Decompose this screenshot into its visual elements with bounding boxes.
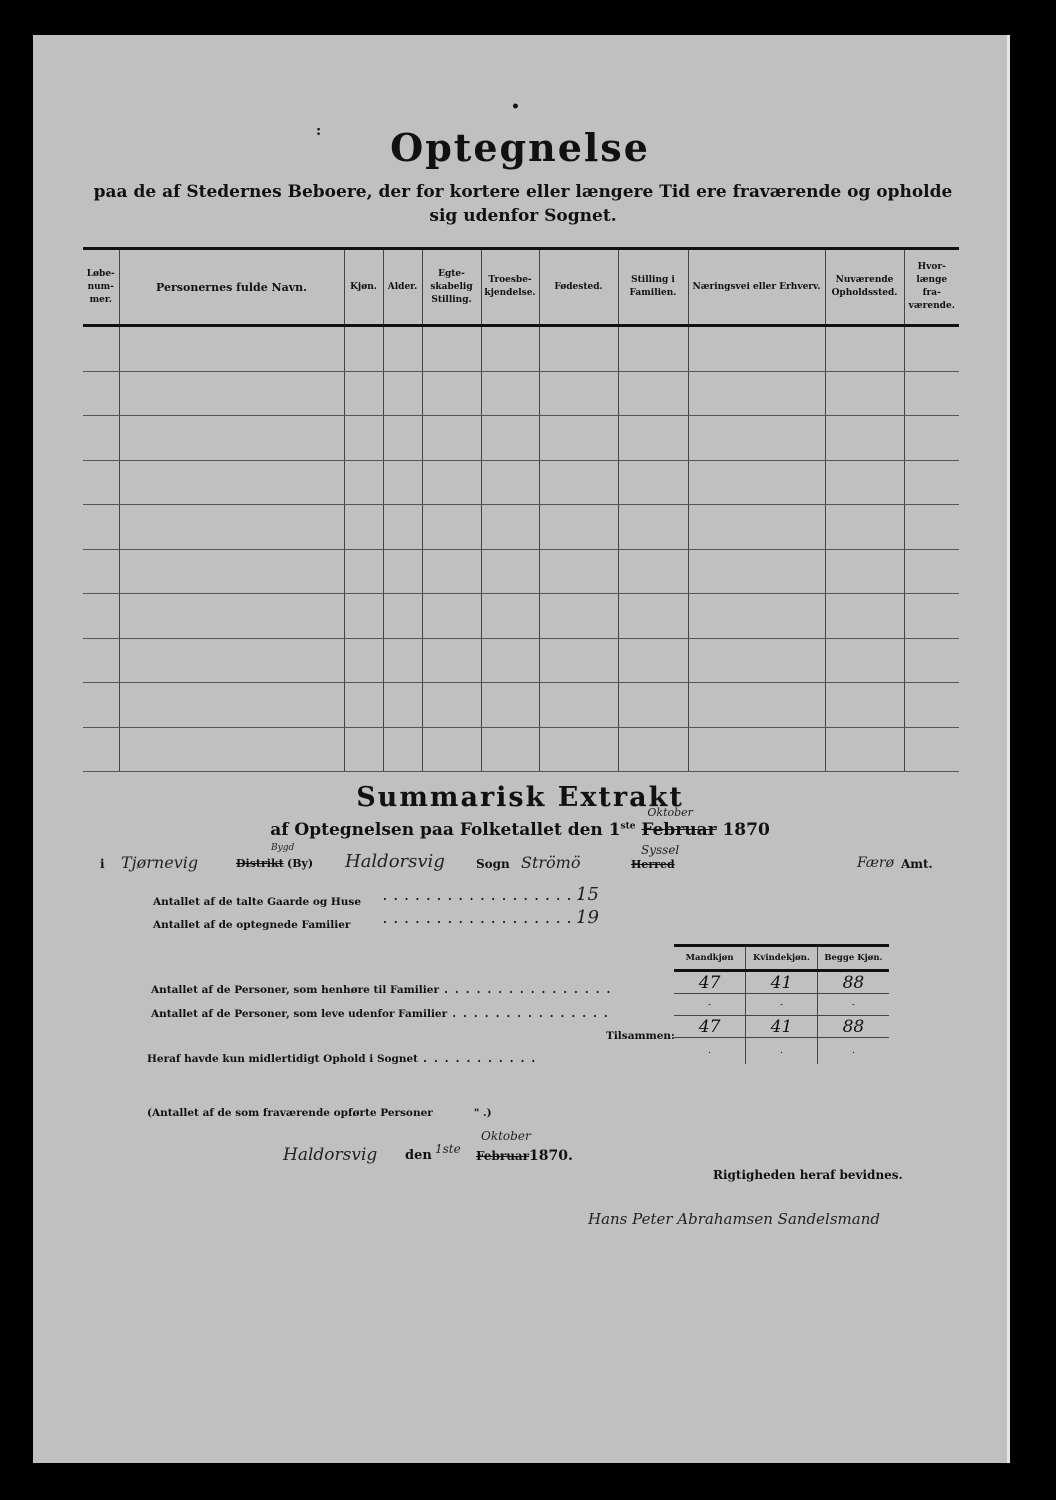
signature: Hans Peter Abrahamsen Sandelsmand (588, 1210, 880, 1228)
table-cell-stilling (618, 638, 688, 683)
table-cell-opholdssted (825, 371, 904, 416)
table-cell-troesbekjendelse (481, 505, 539, 550)
table-cell-stilling (618, 549, 688, 594)
bygd-handwritten: Bygd (271, 843, 294, 853)
row-in-families: 47 41 88 (674, 971, 889, 994)
table-cell-fodested (539, 371, 618, 416)
table-cell-opholdssted (825, 460, 904, 505)
table-cell-alder (383, 416, 422, 461)
col-header-lobenummer: Løbe-num-mer. (83, 249, 119, 326)
table-cell-alder (383, 683, 422, 728)
table-cell-fravaerende (904, 594, 959, 639)
gender-summary-table: Mandkjøn Kvindekjøn. Begge Kjøn. 47 41 8… (674, 944, 889, 1064)
table-cell-fodested (539, 549, 618, 594)
col-header-stilling: Stilling i Familien. (618, 249, 688, 326)
table-cell-opholdssted (825, 326, 904, 372)
table-cell-alder (383, 638, 422, 683)
table-cell-fravaerende (904, 326, 959, 372)
row-label-total: Tilsammen: (606, 1024, 675, 1043)
table-cell-alder (383, 460, 422, 505)
table-cell-lobenummer (83, 416, 119, 461)
table-row (83, 727, 959, 772)
houses-value: 15 (576, 884, 599, 905)
female-temporary: . (746, 1038, 818, 1065)
table-cell-opholdssted (825, 638, 904, 683)
col-header-kjon: Kjøn. (344, 249, 383, 326)
table-cell-troesbekjendelse (481, 727, 539, 772)
table-cell-stilling (618, 594, 688, 639)
absent-note-value: " .) (474, 1107, 492, 1119)
table-cell-lobenummer (83, 683, 119, 728)
table-cell-lobenummer (83, 727, 119, 772)
summary-subtitle-prefix: af Optegnelsen paa Folketallet den 1 (270, 820, 620, 840)
table-cell-navn (119, 638, 344, 683)
table-cell-fodested (539, 638, 618, 683)
male-total: 47 (674, 1016, 746, 1038)
table-row (83, 416, 959, 461)
table-row (83, 505, 959, 550)
dateline-day: 1ste (435, 1142, 461, 1156)
table-cell-stilling (618, 505, 688, 550)
table-cell-naeringsvei (688, 683, 825, 728)
dateline-month-printed: Februar (476, 1149, 529, 1163)
col-header-opholdssted: Nuværende Opholdssted. (825, 249, 904, 326)
col-header-navn: Personernes fulde Navn. (119, 249, 344, 326)
table-row (83, 326, 959, 372)
table-cell-troesbekjendelse (481, 638, 539, 683)
table-cell-naeringsvei (688, 594, 825, 639)
table-cell-lobenummer (83, 505, 119, 550)
houses-label: Antallet af de talte Gaarde og Huse (153, 896, 361, 908)
table-row (83, 638, 959, 683)
sogn-label: Sogn (476, 857, 510, 871)
table-cell-fravaerende (904, 416, 959, 461)
table-cell-alder (383, 505, 422, 550)
table-cell-navn (119, 683, 344, 728)
dateline-den: den (405, 1148, 432, 1163)
table-cell-alder (383, 594, 422, 639)
col-header-naeringsvei: Næringsvei eller Erhverv. (688, 249, 825, 326)
table-cell-fravaerende (904, 460, 959, 505)
col-header-troesbekjendelse: Troesbe-kjendelse. (481, 249, 539, 326)
table-cell-navn (119, 371, 344, 416)
table-cell-lobenummer (83, 549, 119, 594)
summary-month-handwritten: Oktober (647, 806, 693, 819)
table-cell-naeringsvei (688, 638, 825, 683)
row-outside-families: - - - (674, 994, 889, 1016)
table-row (83, 683, 959, 728)
table-row (83, 460, 959, 505)
table-cell-troesbekjendelse (481, 326, 539, 372)
label-total: Tilsammen: (606, 1030, 675, 1042)
header-male: Mandkjøn (674, 946, 746, 971)
female-total: 41 (746, 1016, 818, 1038)
table-cell-naeringsvei (688, 505, 825, 550)
summary-subtitle: af Optegnelsen paa Folketallet den 1ste … (33, 820, 1007, 840)
herred-label: Herred (631, 858, 675, 871)
table-cell-troesbekjendelse (481, 460, 539, 505)
table-cell-opholdssted (825, 505, 904, 550)
amt-label: Amt. (901, 857, 933, 871)
row-temporary: . . . (674, 1038, 889, 1065)
label-temporary: Heraf havde kun midlertidigt Ophold i So… (147, 1053, 418, 1065)
col-header-egteskabelig: Egte-skabelig Stilling. (422, 249, 481, 326)
summary-month-printed: Februar (641, 820, 716, 840)
table-row (83, 594, 959, 639)
table-cell-troesbekjendelse (481, 416, 539, 461)
table-cell-fodested (539, 505, 618, 550)
table-cell-opholdssted (825, 549, 904, 594)
table-cell-egteskabelig (422, 371, 481, 416)
table-cell-naeringsvei (688, 326, 825, 372)
female-in-families: 41 (746, 971, 818, 994)
table-cell-egteskabelig (422, 683, 481, 728)
location-prefix: i (100, 857, 105, 871)
summary-line-families: Antallet af de optegnede Familier ......… (153, 913, 653, 933)
col-header-alder: Alder. (383, 249, 422, 326)
dateline-month-hand: Oktober (481, 1129, 531, 1143)
table-row (83, 371, 959, 416)
attestation: Rigtigheden heraf bevidnes. (713, 1168, 903, 1182)
table-cell-egteskabelig (422, 549, 481, 594)
table-cell-egteskabelig (422, 505, 481, 550)
summary-title: Summarisk Extrakt (33, 782, 1007, 813)
dateline-place: Haldorsvig (283, 1145, 377, 1165)
table-cell-kjon (344, 727, 383, 772)
table-cell-lobenummer (83, 460, 119, 505)
label-outside-families: Antallet af de Personer, som leve udenfo… (151, 1008, 447, 1020)
table-cell-fodested (539, 594, 618, 639)
table-cell-lobenummer (83, 594, 119, 639)
table-cell-opholdssted (825, 594, 904, 639)
table-cell-kjon (344, 505, 383, 550)
table-cell-opholdssted (825, 727, 904, 772)
both-in-families: 88 (817, 971, 889, 994)
table-cell-naeringsvei (688, 371, 825, 416)
table-cell-lobenummer (83, 638, 119, 683)
table-cell-troesbekjendelse (481, 594, 539, 639)
table-cell-egteskabelig (422, 638, 481, 683)
row-label-outside-families: Antallet af de Personer, som leve udenfo… (151, 1002, 615, 1021)
table-cell-fodested (539, 460, 618, 505)
label-in-families: Antallet af de Personer, som henhøre til… (151, 984, 439, 996)
table-cell-naeringsvei (688, 416, 825, 461)
table-cell-navn (119, 505, 344, 550)
families-value: 19 (576, 907, 599, 928)
summary-year: 1870 (722, 820, 769, 840)
table-cell-stilling (618, 460, 688, 505)
table-cell-fravaerende (904, 727, 959, 772)
table-cell-navn (119, 326, 344, 372)
both-temporary: . (817, 1038, 889, 1065)
absent-note: (Antallet af de som fraværende opførte P… (147, 1101, 492, 1120)
absentee-register-table: Løbe-num-mer. Personernes fulde Navn. Kj… (83, 247, 959, 772)
district-label: Distrikt (236, 857, 284, 870)
location-row: i Tjørnevig Distrikt (By) Bygd Haldorsvi… (33, 853, 1007, 883)
census-form-page: • : Optegnelse paa de af Stedernes Beboe… (33, 35, 1010, 1463)
table-row (83, 549, 959, 594)
table-cell-navn (119, 727, 344, 772)
table-cell-fodested (539, 416, 618, 461)
ink-mark: • (511, 99, 520, 115)
page-subtitle: paa de af Stedernes Beboere, der for kor… (93, 180, 953, 228)
table-cell-troesbekjendelse (481, 549, 539, 594)
table-cell-egteskabelig (422, 460, 481, 505)
table-cell-navn (119, 416, 344, 461)
table-cell-stilling (618, 416, 688, 461)
table-cell-kjon (344, 594, 383, 639)
both-outside: - (817, 994, 889, 1016)
table-cell-fodested (539, 683, 618, 728)
table-cell-navn (119, 460, 344, 505)
table-cell-lobenummer (83, 371, 119, 416)
table-cell-egteskabelig (422, 727, 481, 772)
table-cell-fodested (539, 727, 618, 772)
female-outside: - (746, 994, 818, 1016)
table-cell-navn (119, 549, 344, 594)
table-cell-fravaerende (904, 638, 959, 683)
summary-subtitle-sup: ste (621, 821, 636, 831)
row-label-families: Antallet af de Personer, som henhøre til… (151, 978, 617, 997)
table-cell-egteskabelig (422, 416, 481, 461)
page-title: Optegnelse (33, 125, 1007, 170)
male-temporary: . (674, 1038, 746, 1065)
dateline-year: 1870. (529, 1148, 573, 1164)
table-cell-kjon (344, 416, 383, 461)
table-cell-fravaerende (904, 371, 959, 416)
header-both: Begge Kjøn. (817, 946, 889, 971)
table-cell-alder (383, 326, 422, 372)
table-cell-naeringsvei (688, 727, 825, 772)
table-cell-kjon (344, 460, 383, 505)
row-total: 47 41 88 (674, 1016, 889, 1038)
table-cell-kjon (344, 371, 383, 416)
male-outside: - (674, 994, 746, 1016)
both-total: 88 (817, 1016, 889, 1038)
table-cell-alder (383, 371, 422, 416)
table-cell-stilling (618, 326, 688, 372)
district-handwritten: Tjørnevig (121, 853, 198, 872)
table-cell-kjon (344, 638, 383, 683)
table-cell-navn (119, 594, 344, 639)
table-cell-kjon (344, 683, 383, 728)
syssel-handwritten: Syssel (641, 843, 679, 857)
amt-handwritten: Færø (857, 855, 894, 871)
table-cell-kjon (344, 549, 383, 594)
table-cell-fravaerende (904, 683, 959, 728)
families-label: Antallet af de optegnede Familier (153, 919, 350, 931)
col-header-fravaerende: Hvor-længe fra-værende. (904, 249, 959, 326)
table-cell-alder (383, 727, 422, 772)
table-cell-opholdssted (825, 683, 904, 728)
table-cell-stilling (618, 371, 688, 416)
table-cell-fodested (539, 326, 618, 372)
male-in-families: 47 (674, 971, 746, 994)
table-cell-egteskabelig (422, 594, 481, 639)
table-cell-lobenummer (83, 326, 119, 372)
table-header-row: Løbe-num-mer. Personernes fulde Navn. Kj… (83, 249, 959, 326)
dateline: Haldorsvig den 1ste Februar Oktober 1870… (283, 1145, 583, 1175)
table-cell-fravaerende (904, 505, 959, 550)
herred-handwritten: Strömö (521, 853, 580, 872)
table-cell-troesbekjendelse (481, 371, 539, 416)
header-female: Kvindekjøn. (746, 946, 818, 971)
district-by-label: (By) (287, 857, 313, 870)
col-header-fodested: Fødested. (539, 249, 618, 326)
table-cell-naeringsvei (688, 549, 825, 594)
table-cell-alder (383, 549, 422, 594)
row-label-temporary: Heraf havde kun midlertidigt Ophold i So… (147, 1047, 542, 1066)
table-cell-stilling (618, 727, 688, 772)
table-cell-fravaerende (904, 549, 959, 594)
table-body (83, 326, 959, 772)
table-cell-egteskabelig (422, 326, 481, 372)
table-cell-kjon (344, 326, 383, 372)
table-cell-naeringsvei (688, 460, 825, 505)
sogn-handwritten: Haldorsvig (345, 851, 445, 872)
table-cell-opholdssted (825, 416, 904, 461)
absent-note-label: (Antallet af de som fraværende opførte P… (147, 1107, 433, 1119)
table-cell-troesbekjendelse (481, 683, 539, 728)
table-cell-stilling (618, 683, 688, 728)
